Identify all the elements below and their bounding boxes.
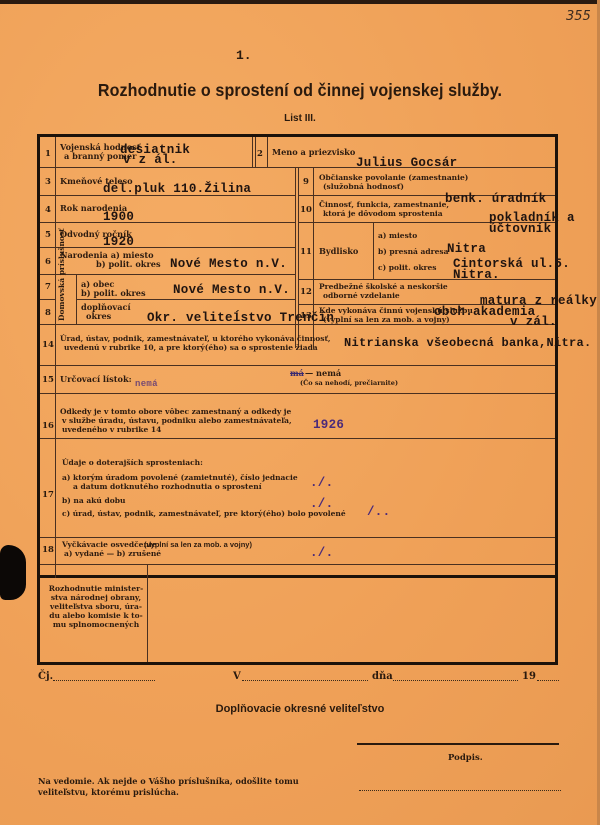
- scan-top-edge: [0, 0, 600, 4]
- row-number: 9: [298, 177, 314, 187]
- field-label-exemption-b: b) na akú dobu: [62, 496, 125, 506]
- row-number: 3: [40, 177, 56, 187]
- field-value-waiting-certificate: ./.: [310, 546, 333, 560]
- field-label-exemption-c: c) úrad, ústav, podnik, zamestnávateľ, p…: [62, 509, 346, 519]
- signature-label: Podpis.: [448, 753, 483, 763]
- field-label-residence-address: b) presná adresa: [378, 247, 448, 257]
- field-value-unit: del.pluk 110.Žilina: [103, 182, 251, 196]
- field-value-service-place: v zál.: [510, 315, 557, 329]
- divider: [76, 299, 295, 300]
- row-number: 18: [40, 545, 56, 555]
- field-label-birth-district: b) polit. okres: [96, 260, 161, 270]
- row-number: 7: [40, 282, 56, 292]
- notice-line-2: veliteľstvu, ktorému prislúcha.: [38, 787, 299, 798]
- decision-label-5: mu splnomocnených: [46, 620, 146, 630]
- decision-box: Rozhodnutie minister- stva národnej obra…: [37, 565, 558, 665]
- row-number: 8: [40, 308, 56, 318]
- year-field[interactable]: [537, 679, 559, 681]
- row-number: 12: [298, 287, 314, 297]
- field-label-name: Meno a priezvisko: [272, 148, 355, 158]
- sheet-label: List III.: [0, 113, 600, 124]
- place-label: V: [233, 671, 241, 682]
- field-value-branch: v z ál.: [123, 153, 178, 167]
- row-number: 10: [298, 205, 314, 215]
- field-value-residence-district: Nitra.: [453, 268, 500, 282]
- divider: [40, 438, 555, 439]
- form-number: 1.: [236, 48, 252, 63]
- field-label-service-place-2: (vyplní sa len za mob. a vojny): [323, 315, 450, 325]
- ink-blot: [0, 545, 26, 600]
- divider: [147, 565, 148, 662]
- strike-instruction: (Čo sa nehodí, prečiarnite): [300, 379, 398, 389]
- document-title: Rozhodnutie o sprostení od činnej vojens…: [24, 80, 576, 101]
- field-label-education-2: odborné vzdelanie: [323, 291, 400, 301]
- field-value-domicile: Nové Mesto n.V.: [173, 283, 290, 297]
- divider: [40, 537, 555, 538]
- field-label-occupation-2: (služobná hodnosť): [323, 182, 404, 192]
- date-label: dňa: [372, 671, 393, 682]
- field-label-employer-2: uvedenú v rubrike 10, a pre ktorý(ého) s…: [64, 343, 318, 353]
- row-number: 14: [40, 340, 56, 350]
- date-field[interactable]: [393, 679, 518, 681]
- divider: [55, 137, 56, 578]
- notice-text: Na vedomie. Ak nejde o Vášho príslušníka…: [38, 776, 299, 798]
- field-value-exemption-b: ./.: [310, 497, 333, 511]
- field-value-exemption-a: ./.: [310, 476, 333, 490]
- place-field[interactable]: [242, 679, 368, 681]
- field-value-determination-card: nemá: [135, 379, 158, 389]
- divider: [40, 247, 295, 248]
- reference-number-field[interactable]: [53, 679, 155, 681]
- row-number: 6: [40, 257, 56, 267]
- field-value-exemption-c: /..: [367, 505, 390, 519]
- divider: [40, 274, 295, 275]
- decision-field[interactable]: [150, 567, 550, 659]
- second-signature-field[interactable]: [359, 789, 561, 791]
- field-value-employment-since: 1926: [313, 418, 344, 432]
- field-label-residence-district: c) polit. okres: [378, 263, 437, 273]
- field-value-birth-year: 1900: [103, 210, 134, 224]
- divider: [373, 222, 374, 279]
- row-number: 15: [40, 375, 56, 385]
- option-has-struck: má: [290, 369, 304, 379]
- reference-number-label: Čj.: [38, 671, 53, 682]
- field-label-function-2: ktorá je dôvodom sprostenia: [323, 209, 443, 219]
- row-number: 4: [40, 205, 56, 215]
- field-label-recruit-district-2: okres: [86, 312, 111, 322]
- field-label-exemption-a-2: a datum dotknutého rozhodnutia o sproste…: [73, 482, 262, 492]
- page-number: 355: [566, 9, 591, 24]
- divider: [40, 299, 55, 300]
- field-value-birthplace: Nové Mesto n.V.: [170, 257, 287, 271]
- field-label-employment-since-3: uvedeného v rubrike 14: [62, 425, 161, 435]
- field-value-residence-place: Nitra: [447, 242, 486, 256]
- field-value-draft-year: 1920: [103, 235, 134, 249]
- row-number: 17: [40, 490, 56, 500]
- notice-line-1: Na vedomie. Ak nejde o Vášho príslušníka…: [38, 776, 299, 787]
- field-value-name: Julius Gocsár: [356, 156, 457, 170]
- field-value-employer: Nitrianska všeobecná banka,Nitra.: [344, 336, 592, 350]
- signature-line[interactable]: [357, 743, 559, 745]
- option-has-not: — nemá: [305, 369, 341, 379]
- form-table: 1 Vojenská hodnosť a branný pomer desiat…: [37, 134, 558, 578]
- divider: [40, 222, 295, 223]
- divider: [40, 393, 555, 394]
- field-label-residence: Bydlisko: [319, 247, 358, 257]
- divider: [298, 279, 555, 280]
- row-number: 13: [298, 311, 314, 321]
- field-label-district: b) polit. okres: [81, 289, 146, 299]
- office-title: Doplňovacie okresné veliteľstvo: [0, 703, 600, 715]
- row-number: 2: [252, 149, 268, 159]
- field-value-occupation: benk. úradník: [445, 192, 546, 206]
- row-number: 5: [40, 230, 56, 240]
- row-number: 16: [40, 421, 56, 431]
- field-label-residence-place: a) miesto: [378, 231, 417, 241]
- group-label-domicile: Domovská príslušnosť: [58, 275, 67, 321]
- divider: [40, 365, 555, 366]
- row-number: 11: [298, 247, 314, 257]
- field-label-waiting-certificate-2: a) vydané — b) zrušené: [64, 549, 161, 559]
- field-value-function-2: účtovník: [489, 222, 551, 236]
- field-label-determination-card: Určovací lístok:: [60, 375, 132, 385]
- row-number: 1: [40, 149, 56, 159]
- field-label-previous-exemptions: Údaje o doterajších sprosteniach:: [62, 458, 203, 468]
- year-label: 19: [522, 671, 536, 682]
